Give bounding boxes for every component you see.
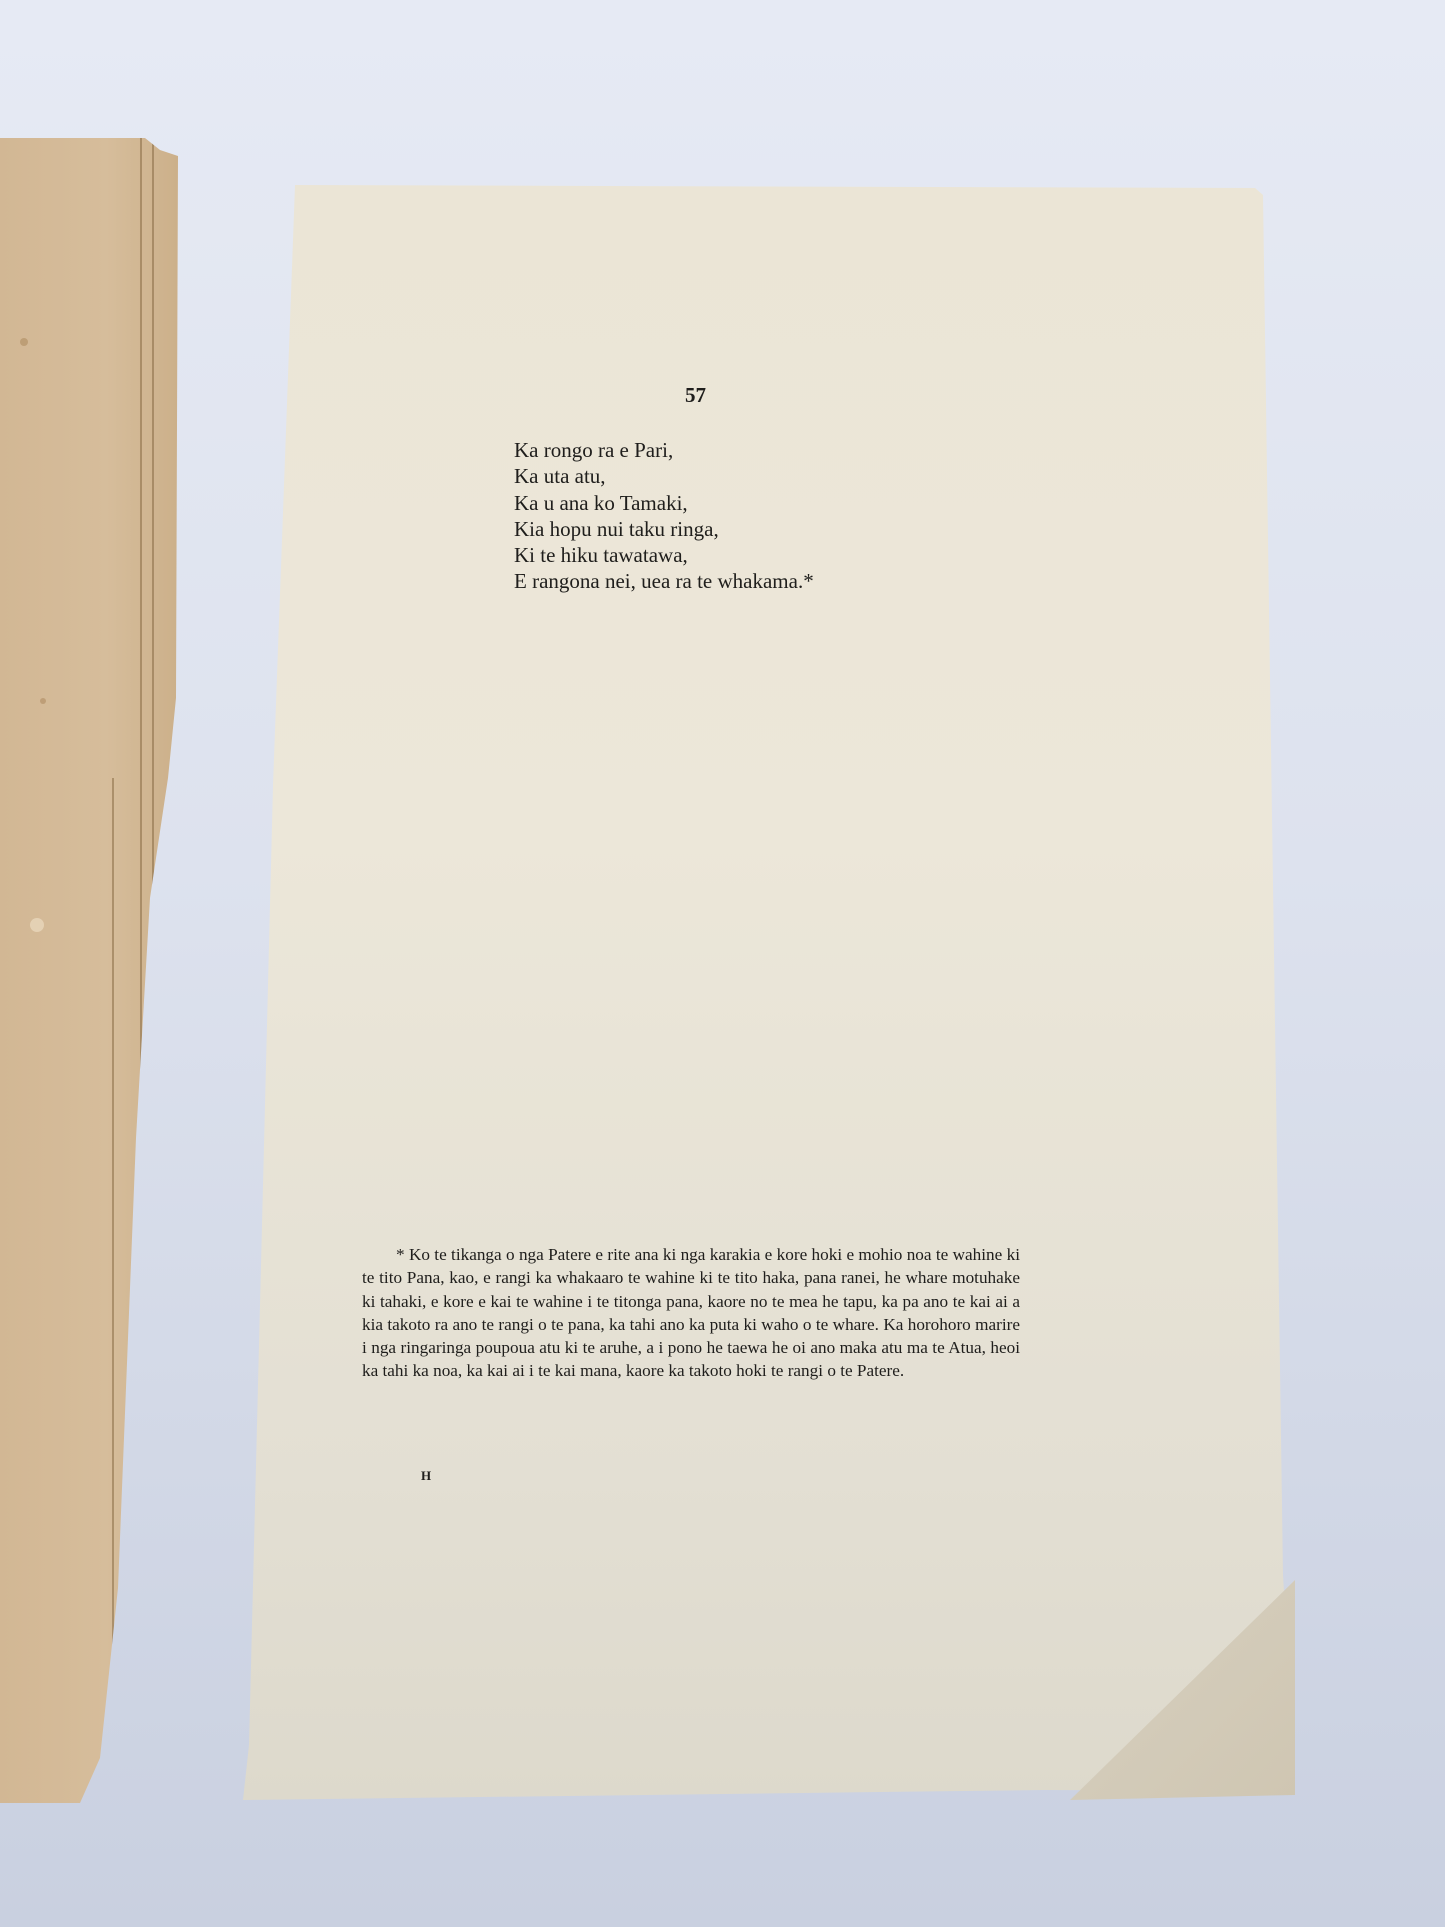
poem-line: Ka u ana ko Tamaki, (514, 490, 814, 516)
poem-line: E rangona nei, uea ra te whakama.* (514, 568, 814, 594)
poem-line: Ka uta atu, (514, 463, 814, 489)
stack-leaf-edge (112, 778, 114, 1803)
footnote: * Ko te tikanga o nga Patere e rite ana … (362, 1243, 1020, 1383)
stain (40, 698, 46, 704)
poem-line: Ka rongo ra e Pari, (514, 437, 814, 463)
aged-document-stack (0, 138, 178, 1803)
document-page (243, 185, 1295, 1800)
poem: Ka rongo ra e Pari, Ka uta atu, Ka u ana… (514, 437, 814, 595)
poem-line: Ki te hiku tawatawa, (514, 542, 814, 568)
stack-leaf-edge (152, 138, 154, 1803)
stain (20, 338, 28, 346)
page-number: 57 (685, 383, 706, 408)
stack-leaf-edge (140, 138, 142, 1803)
poem-line: Kia hopu nui taku ringa, (514, 516, 814, 542)
stain (30, 918, 44, 932)
signature-mark: H (421, 1468, 431, 1484)
